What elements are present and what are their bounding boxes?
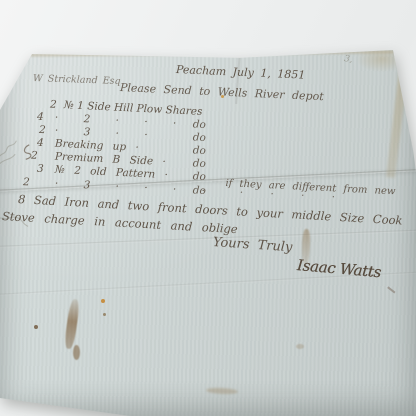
- signature: Isaac Watts: [296, 258, 381, 280]
- row-qty: 2: [31, 150, 38, 162]
- row-ditto: do: [193, 170, 207, 183]
- row-ditto: do: [193, 144, 207, 157]
- closing-line: Yours Truly: [213, 236, 293, 254]
- bottom-smudge: [206, 387, 238, 395]
- dateline: Peacham July 1, 1851: [176, 64, 306, 81]
- row-ditto: do: [193, 131, 207, 144]
- row-qty: 2: [23, 176, 30, 188]
- rust-dot: [101, 299, 105, 303]
- photo-stage: Peacham July 1, 1851 W Strickland Esq Pl…: [0, 0, 416, 416]
- ink-drip-stain-tail: [73, 345, 80, 360]
- row-qty: 4: [37, 137, 44, 149]
- row-ditto: do: [193, 118, 207, 131]
- pencil-tick: [387, 286, 395, 293]
- paper-shadow: Peacham July 1, 1851 W Strickland Esq Pl…: [0, 0, 416, 416]
- row-qty: 2: [39, 124, 46, 136]
- faint-spot: [296, 344, 304, 349]
- row-qty: 4: [37, 111, 44, 123]
- stain-dot: [34, 325, 38, 329]
- shipping-instruction: Please Send to Wells River depot: [120, 82, 324, 102]
- row-ditto: do: [193, 157, 207, 170]
- addressee-line: W Strickland Esq: [33, 74, 121, 87]
- pencil-page-number: 3,: [343, 55, 353, 65]
- stain-dot-small: [103, 313, 106, 316]
- row-qty: 2: [50, 98, 57, 110]
- paper-corner-tan: [356, 46, 408, 72]
- ink-drip-stain: [64, 299, 81, 350]
- row-ditto: do: [193, 184, 207, 197]
- document-paper: Peacham July 1, 1851 W Strickland Esq Pl…: [0, 0, 416, 416]
- row-qty: 3: [37, 163, 44, 175]
- paper-edge-browning-top: [30, 50, 394, 56]
